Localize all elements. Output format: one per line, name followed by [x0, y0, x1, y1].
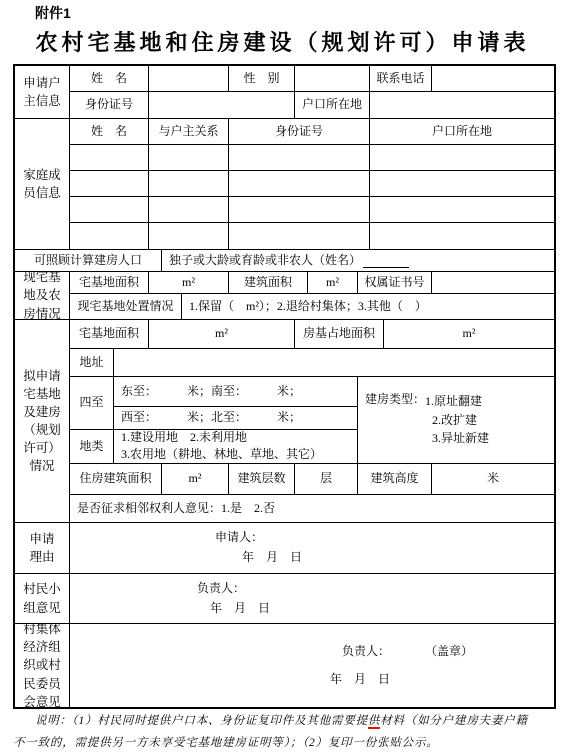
- member-registry-field: [370, 197, 554, 223]
- application-form-table: 申请户 主信息 姓 名 性 别 联系电话 身份证号 户口所在地 家庭成 员信息 …: [13, 64, 556, 709]
- gender-label: 性 别: [229, 66, 295, 92]
- family-header-name: 姓 名: [70, 119, 149, 145]
- address-label: 地址: [70, 349, 114, 377]
- registry-label: 户口所在地: [295, 92, 370, 119]
- boundary-east-south: 东至： 米；南至： 米；: [114, 377, 358, 407]
- group-sign-area: 负责人： 年 月 日: [70, 574, 554, 624]
- committee-sign-label: 负责人：: [342, 644, 390, 658]
- boundaries-label: 四至: [70, 377, 114, 430]
- land-class-options: 1.建设用地 2.未利用地 3.农用地（耕地、林地、草地、其它）: [114, 430, 358, 464]
- id-number-field: [149, 92, 295, 119]
- care-population-label: 可照顾计算建房人口: [15, 250, 162, 272]
- base-area-label: 房基占地面积: [295, 320, 384, 349]
- section-applicant-label: 申请户 主信息: [15, 66, 70, 119]
- land-class-label: 地类: [70, 430, 114, 464]
- build-type-cell: 建房类型： 1.原址翻建 2.改扩建 3.异址新建: [358, 377, 554, 464]
- height-unit: 米: [432, 464, 554, 495]
- family-header-registry: 户口所在地: [370, 119, 554, 145]
- phone-field: [432, 66, 554, 92]
- floors-unit: 层: [295, 464, 358, 495]
- member-name-field: [70, 223, 149, 250]
- name-label: 姓 名: [70, 66, 149, 92]
- applicant-sign-label: 申请人：: [215, 530, 263, 546]
- section-current-label: 现宅基 地及农 房情况: [15, 272, 70, 320]
- build-type-option: 1.原址翻建: [425, 392, 489, 411]
- committee-sign-line: 负责人： （盖章）: [342, 644, 473, 660]
- family-header-relation: 与户主关系: [149, 119, 229, 145]
- care-population-content: 独子或大龄或育龄或非农人（姓名）: [162, 250, 554, 272]
- section-proposed-label: 拟申请 宅基地 及建房 （规划 许可） 情况: [15, 320, 70, 523]
- boundary-west-north: 西至： 米；北至： 米；: [114, 407, 358, 430]
- member-registry-field: [370, 145, 554, 171]
- member-registry-field: [370, 223, 554, 250]
- registry-field: [370, 92, 554, 119]
- build-type-option: 3.异址新建: [425, 429, 489, 448]
- height-label: 建筑高度: [358, 464, 432, 495]
- house-area-unit: m²: [162, 464, 229, 495]
- attachment-label: 附件1: [35, 3, 71, 23]
- cert-number-field: [432, 272, 554, 294]
- member-name-field: [70, 197, 149, 223]
- family-header-id: 身份证号: [229, 119, 370, 145]
- reason-date-line: 年 月 日: [242, 550, 302, 566]
- section-reason-label: 申请 理由: [15, 523, 70, 574]
- land-class-line: 1.建设用地 2.未利用地: [121, 430, 247, 446]
- disposal-label: 现宅基地处置情况: [70, 294, 182, 320]
- proposed-area-label: 宅基地面积: [70, 320, 149, 349]
- reason-sign-area: 申请人： 年 月 日: [70, 523, 554, 574]
- section-group-label: 村民小 组意见: [15, 574, 70, 624]
- committee-date-line: 年 月 日: [330, 672, 390, 688]
- note-line-2: 不一致的，需提供另一方未享受宅基地建房证明等）；（2）复印一份张贴公示。: [13, 732, 558, 754]
- form-title: 农村宅基地和住房建设（规划许可）申请表: [0, 26, 565, 57]
- proposed-area-unit: m²: [149, 320, 295, 349]
- neighbor-consent-line: 是否征求相邻权利人意见：1.是 2.否: [70, 495, 554, 523]
- note-text: 材料（如分户建房夫妻户籍: [380, 715, 528, 727]
- name-blank-line: [363, 254, 409, 268]
- member-registry-field: [370, 171, 554, 197]
- note-text: 说明：（1）村民同时提供户口本、身份证复印件及其他需要提: [35, 715, 368, 727]
- section-family-label: 家庭成 员信息: [15, 119, 70, 250]
- address-field: [114, 349, 554, 377]
- current-area-unit: m²: [149, 272, 229, 294]
- form-note: 说明：（1）村民同时提供户口本、身份证复印件及其他需要提供材料（如分户建房夫妻户…: [13, 710, 558, 754]
- build-type-option: 2.改扩建: [425, 411, 489, 430]
- gender-field: [295, 66, 370, 92]
- id-number-label: 身份证号: [70, 92, 149, 119]
- member-relation-field: [149, 223, 229, 250]
- current-floor-area-label: 建筑面积: [229, 272, 308, 294]
- floors-label: 建筑层数: [229, 464, 295, 495]
- name-field: [149, 66, 229, 92]
- note-red-underlined-char: 供: [368, 715, 380, 729]
- phone-label: 联系电话: [370, 66, 432, 92]
- current-floor-area-unit: m²: [308, 272, 358, 294]
- section-committee-label: 村集体 经济组 织或村 民委员 会意见: [15, 624, 70, 707]
- member-name-field: [70, 145, 149, 171]
- land-class-line: 3.农用地（耕地、林地、草地、其它）: [121, 447, 322, 463]
- group-sign-label: 负责人：: [197, 581, 245, 597]
- member-relation-field: [149, 197, 229, 223]
- member-id-field: [229, 171, 370, 197]
- form-page: 附件1 农村宅基地和住房建设（规划许可）申请表 申请户 主信息 姓 名 性 别 …: [0, 0, 565, 754]
- house-area-label: 住房建筑面积: [70, 464, 162, 495]
- member-id-field: [229, 223, 370, 250]
- current-area-label: 宅基地面积: [70, 272, 149, 294]
- member-relation-field: [149, 171, 229, 197]
- member-relation-field: [149, 145, 229, 171]
- note-line-1: 说明：（1）村民同时提供户口本、身份证复印件及其他需要提供材料（如分户建房夫妻户…: [13, 710, 558, 732]
- cert-number-label: 权属证书号: [358, 272, 432, 294]
- group-date-line: 年 月 日: [210, 601, 270, 617]
- disposal-options: 1.保留（ m²）；2.退给村集体；3.其他（ ）: [182, 294, 554, 320]
- build-type-label: 建房类型：: [365, 392, 425, 408]
- care-population-text: 独子或大龄或育龄或非农人（姓名）: [169, 253, 361, 269]
- member-name-field: [70, 171, 149, 197]
- base-area-unit: m²: [384, 320, 554, 349]
- committee-sign-area: 负责人： （盖章） 年 月 日: [70, 624, 554, 707]
- member-id-field: [229, 197, 370, 223]
- member-id-field: [229, 145, 370, 171]
- seal-label: （盖章）: [425, 644, 473, 658]
